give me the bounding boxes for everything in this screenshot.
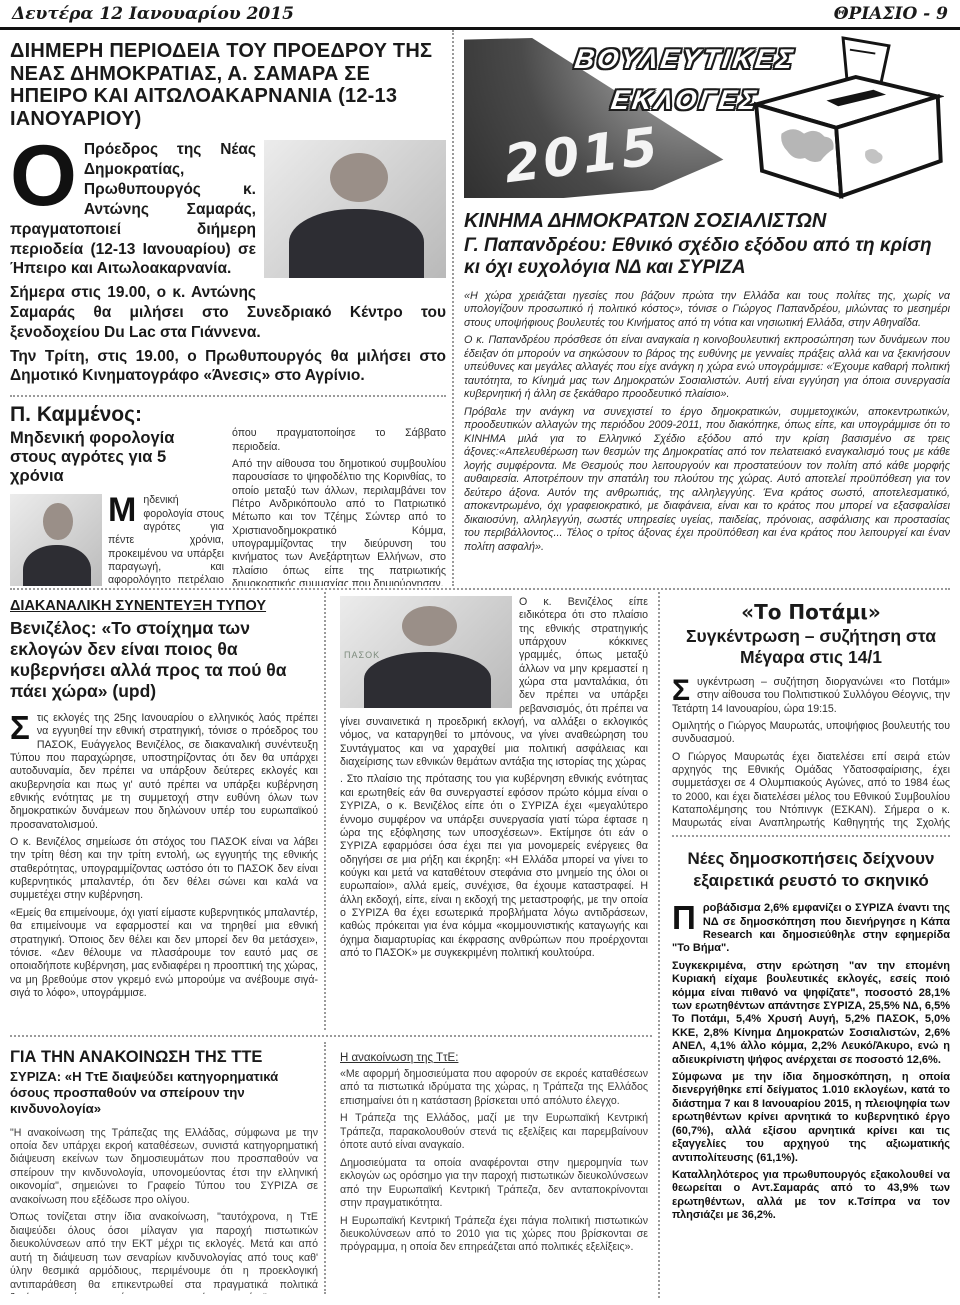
- nd-paragraph: Την Τρίτη, στις 19.00, ο Πρωθυπουργός θα…: [10, 347, 446, 387]
- photo-silhouette-torso: [289, 209, 424, 278]
- polls-drop-cap: Π: [672, 905, 696, 931]
- photo-silhouette-torso: [364, 652, 491, 708]
- photo-silhouette-head: [43, 503, 72, 540]
- kammenos-drop-cap: Μ: [108, 497, 136, 524]
- venizelos-col1-p1: τις εκλογές της 25ης Ιανουαρίου ο ελληνι…: [10, 712, 318, 831]
- page-header: Δευτέρα 12 Ιανουαρίου 2015 ΘΡΙΑΣΙΟ - 9: [0, 0, 960, 30]
- potami-article: «Το Ποτάμι» Συγκέντρωση – συζήτηση στα Μ…: [672, 592, 950, 830]
- divider: [10, 395, 446, 397]
- header-date: Δευτέρα 12 Ιανουαρίου 2015: [12, 4, 294, 24]
- potami-paragraph: Ο Γιώργος Μαυρωτάς έχει διατελέσει επί σ…: [672, 751, 950, 830]
- right-column: «Το Ποτάμι» Συγκέντρωση – συζήτηση στα Μ…: [666, 592, 950, 1298]
- venizelos-tte-area: ΔΙΑΚΑΝΑΛΙΚΗ ΣΥΝΕΝΤΕΥΞΗ ΤΥΠΟΥ Βενιζέλος: …: [10, 592, 652, 1298]
- nd-paragraph: Σήμερα στις 19.00, ο κ. Αντώνης Σαμαράς …: [10, 283, 446, 342]
- tte-announcement-column: Η ανακοίνωση της ΤτΕ: «Με αφορμή δημοσιε…: [340, 1042, 648, 1294]
- potami-headline-2: Συγκέντρωση – συζήτηση στα Μέγαρα στις 1…: [672, 626, 950, 668]
- divider: [452, 30, 454, 586]
- nd-body: ΟΠρόεδρος της Νέας Δημοκρατίας, Πρωθυπου…: [10, 140, 446, 386]
- venizelos-kicker: ΔΙΑΚΑΝΑΛΙΚΗ ΣΥΝΕΝΤΕΥΞΗ ΤΥΠΟΥ: [10, 598, 318, 614]
- tte-announcement-paragraph: Δημοσιεύματα τα οποία αναφέρονται στην η…: [340, 1157, 648, 1211]
- tte-headline: ΣΥΡΙΖΑ: «Η ΤτΕ διαψεύδει κατηγορηματικά …: [10, 1069, 318, 1117]
- tte-kicker: ΓΙΑ ΤΗΝ ΑΝΑΚΟΙΝΩΣΗ ΤΗΣ ΤΤΕ: [10, 1048, 318, 1067]
- tte-syriza-column: ΓΙΑ ΤΗΝ ΑΝΑΚΟΙΝΩΣΗ ΤΗΣ ΤΤΕ ΣΥΡΙΖΑ: «Η Ττ…: [10, 1042, 318, 1294]
- polls-paragraph: Προβάδισμα 2,6% εμφανίζει ο ΣΥΡΙΖΑ έναντ…: [672, 902, 950, 956]
- nd-headline: ΔΙΗΜΕΡΗ ΠΕΡΙΟΔΕΙΑ ΤΟΥ ΠΡΟΕΔΡΟΥ ΤΗΣ ΝΕΑΣ …: [10, 40, 446, 130]
- potami-headline-1: «Το Ποτάμι»: [672, 600, 950, 624]
- divider: [324, 1042, 326, 1294]
- kammenos-article: Π. Καμμένος: Μηδενική φορολογία στους αγ…: [10, 403, 446, 586]
- nd-article: ΔΙΗΜΕΡΗ ΠΕΡΙΟΔΕΙΑ ΤΟΥ ΠΡΟΕΔΡΟΥ ΤΗΣ ΝΕΑΣ …: [10, 30, 446, 586]
- venizelos-article: ΔΙΑΚΑΝΑΛΙΚΗ ΣΥΝΕΝΤΕΥΞΗ ΤΥΠΟΥ Βενιζέλος: …: [10, 592, 652, 1030]
- kinima-paragraph: Ο κ. Παπανδρέου πρόσθεσε ότι είναι αναγκ…: [464, 334, 950, 401]
- divider: [10, 1035, 652, 1037]
- ballot-box-icon: [748, 36, 944, 202]
- tte-paragraph: "Η ανακοίνωση της Τράπεζας της Ελλάδας, …: [10, 1127, 318, 1208]
- top-section: ΔΙΗΜΕΡΗ ΠΕΡΙΟΔΕΙΑ ΤΟΥ ΠΡΟΕΔΡΟΥ ΤΗΣ ΝΕΑΣ …: [0, 30, 960, 586]
- potami-p1: υγκέντρωση – συζήτηση διοργανώνει «το Πο…: [672, 676, 950, 715]
- potami-paragraph: Ομιλητής ο Γιώργος Μαυρωτάς, υποψήφιος β…: [672, 720, 950, 747]
- kammenos-photo: [10, 494, 102, 586]
- photo-silhouette-head: [402, 606, 457, 646]
- kammenos-paragraph: Από την αίθουσα του δημοτικού συμβουλίου…: [232, 458, 446, 586]
- header-page-number: ΘΡΙΑΣΙΟ - 9: [834, 4, 948, 24]
- kinima-headline: Γ. Παπανδρέου: Εθνικό σχέδιο εξόδου από …: [464, 235, 950, 280]
- photo-silhouette-torso: [23, 545, 91, 586]
- venizelos-photo-banner-text: ΠΑΣΟΚ: [344, 650, 380, 661]
- tte-announcement-paragraph: Η Τράπεζα της Ελλάδος, μαζί με την Ευρωπ…: [340, 1112, 648, 1152]
- tte-announcement-heading: Η ανακοίνωση της ΤτΕ:: [340, 1052, 648, 1064]
- kammenos-kicker: Π. Καμμένος:: [10, 403, 224, 427]
- banner-year: 2015: [501, 117, 664, 196]
- venizelos-paragraph: «Εμείς θα επιμείνουμε, όχι γιατί είμαστε…: [10, 907, 318, 1000]
- venizelos-paragraph: . Στο πλαίσιο της πρότασης του για κυβέρ…: [340, 773, 648, 960]
- kammenos-paragraph: όπου πραγματοποίησε το Σάββατο περιοδεία…: [232, 427, 446, 454]
- kammenos-headline: Μηδενική φορολογία στους αγρότες για 5 χ…: [10, 429, 224, 486]
- polls-paragraph: Καταλληλότερος για πρωθυπουργός εξακολου…: [672, 1169, 950, 1223]
- tte-paragraph: Όπως τονίζεται στην ίδια ανακοίνωση, "τα…: [10, 1211, 318, 1294]
- kinima-paragraph: «Η χώρα χρειάζεται ηγεσίες που βάζουν πρ…: [464, 290, 950, 330]
- polls-article: Νέες δημοσκοπήσεις δείχνουν εξαιρετικά ρ…: [672, 842, 950, 1227]
- venizelos-paragraph: Ο κ. Βενιζέλος σημείωσε ότι στόχος του Π…: [10, 836, 318, 903]
- tte-announcement-paragraph: «Με αφορμή δημοσιεύματα που αφορούν σε ε…: [340, 1068, 648, 1108]
- nd-drop-cap: Ο: [10, 143, 77, 210]
- venizelos-column-1: ΔΙΑΚΑΝΑΛΙΚΗ ΣΥΝΕΝΤΕΥΞΗ ΤΥΠΟΥ Βενιζέλος: …: [10, 592, 318, 1030]
- venizelos-paragraph: Στις εκλογές της 25ης Ιανουαρίου ο ελλην…: [10, 712, 318, 832]
- kinima-paragraph: Πρόβαλε την ανάγκη να συνεχιστεί το έργο…: [464, 406, 950, 554]
- photo-silhouette-head: [330, 153, 388, 203]
- samaras-photo: [264, 140, 446, 278]
- top-right-section: 2015 ΒΟΥΛΕΥΤΙΚΕΣ ΕΚΛΟΓΕΣ: [460, 30, 950, 586]
- venizelos-headline: Βενιζέλος: «Το στοίχημα των εκλογών δεν …: [10, 618, 318, 702]
- kammenos-column-1: Π. Καμμένος: Μηδενική φορολογία στους αγ…: [10, 403, 224, 586]
- polls-paragraph: Συγκεκριμένα, στην ερώτηση "αν την επομέ…: [672, 960, 950, 1067]
- polls-headline: Νέες δημοσκοπήσεις δείχνουν εξαιρετικά ρ…: [672, 848, 950, 892]
- venizelos-photo: ΠΑΣΟΚ: [340, 596, 512, 708]
- divider: [672, 835, 950, 837]
- kinima-kicker: ΚΙΝΗΜΑ ΔΗΜΟΚΡΑΤΩΝ ΣΟΣΙΑΛΙΣΤΩΝ: [464, 210, 950, 233]
- potami-paragraph: Συγκέντρωση – συζήτηση διοργανώνει «το Π…: [672, 676, 950, 716]
- tte-announcement-paragraph: Η Ευρωπαϊκή Κεντρική Τράπεζα έχει πάγια …: [340, 1215, 648, 1255]
- newspaper-page: Δευτέρα 12 Ιανουαρίου 2015 ΘΡΙΑΣΙΟ - 9 Δ…: [0, 0, 960, 1305]
- polls-paragraph: Σύμφωνα με την ίδια δημοσκόπηση, η οποία…: [672, 1071, 950, 1165]
- divider: [10, 588, 950, 590]
- divider: [658, 592, 660, 1298]
- potami-drop-cap: Σ: [672, 679, 690, 702]
- kammenos-column-2: όπου πραγματοποίησε το Σάββατο περιοδεία…: [232, 427, 446, 586]
- bottom-section: ΔΙΑΚΑΝΑΛΙΚΗ ΣΥΝΕΝΤΕΥΞΗ ΤΥΠΟΥ Βενιζέλος: …: [0, 592, 960, 1298]
- kammenos-body: Μηδενική φορολογία στους αγρότες για πέν…: [10, 494, 224, 586]
- kinima-article: ΚΙΝΗΜΑ ΔΗΜΟΚΡΑΤΩΝ ΣΟΣΙΑΛΙΣΤΩΝ Γ. Παπανδρ…: [464, 210, 950, 554]
- venizelos-drop-cap: Σ: [10, 715, 30, 741]
- venizelos-column-2: ΠΑΣΟΚ Ο κ. Βενιζέλος είπε ειδικότερα ότι…: [340, 592, 648, 1030]
- polls-p1: ροβάδισμα 2,6% εμφανίζει ο ΣΥΡΙΖΑ έναντι…: [672, 902, 950, 954]
- tte-section: ΓΙΑ ΤΗΝ ΑΝΑΚΟΙΝΩΣΗ ΤΗΣ ΤΤΕ ΣΥΡΙΖΑ: «Η Ττ…: [10, 1042, 652, 1294]
- divider: [324, 592, 326, 1030]
- elections-banner: 2015 ΒΟΥΛΕΥΤΙΚΕΣ ΕΚΛΟΓΕΣ: [464, 36, 950, 202]
